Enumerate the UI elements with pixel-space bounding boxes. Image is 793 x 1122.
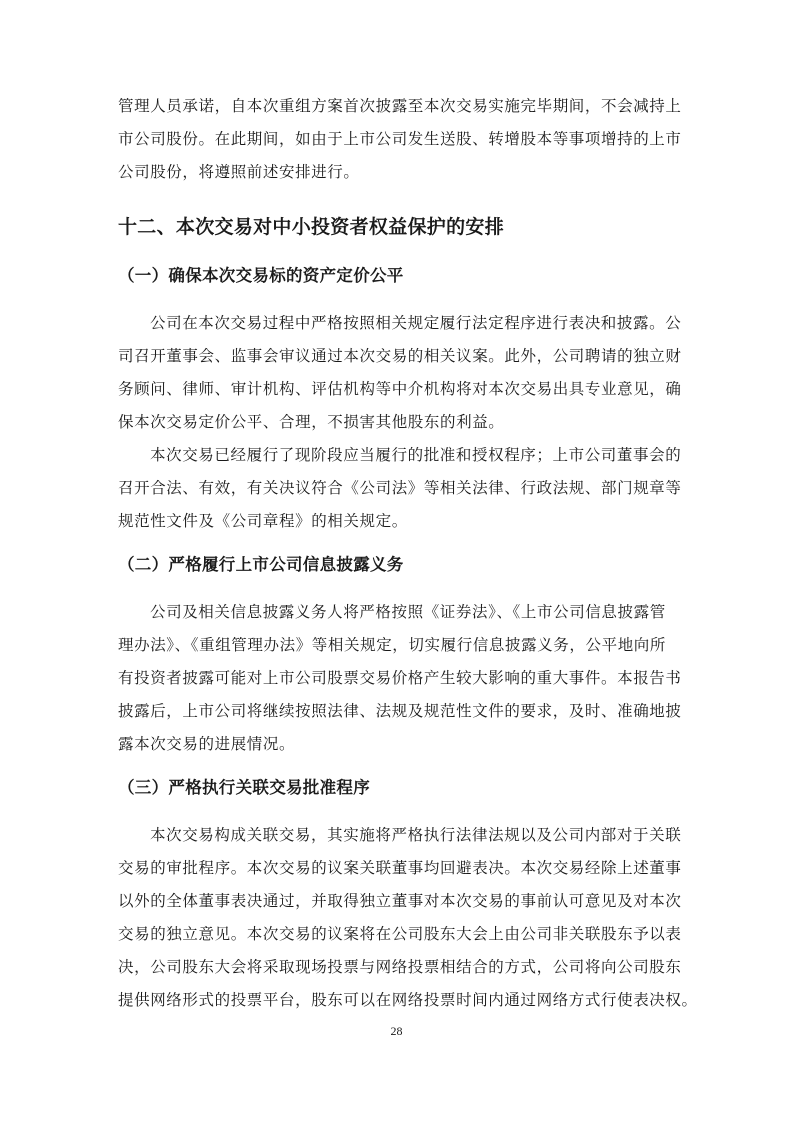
text-line: 公司股份，将遵照前述安排进行。: [118, 162, 678, 182]
text-line: 有投资者披露可能对上市公司股票交易价格产生较大影响的重大事件。本报告书: [118, 668, 678, 688]
text-line: 规范性文件及《公司章程》的相关规定。: [118, 511, 678, 531]
text-line: 以外的全体董事表决通过，并取得独立董事对本次交易的事前认可意见及对本次: [118, 891, 678, 911]
text-line: 召开合法、有效，有关决议符合《公司法》等相关法律、行政法规、部门规章等: [118, 478, 678, 498]
text-line: 保本次交易定价公平、合理，不损害其他股东的利益。: [118, 412, 678, 432]
text-line: 本次交易构成关联交易，其实施将严格执行法律法规以及公司内部对于关联: [150, 825, 710, 845]
text-line: 公司及相关信息披露义务人将严格按照《证券法》、《上市公司信息披露管: [150, 602, 710, 622]
text-line: 管理人员承诺，自本次重组方案首次披露至本次交易实施完毕期间，不会减持上: [118, 96, 678, 116]
text-line: 披露后，上市公司将继续按照法律、法规及规范性文件的要求，及时、准确地披: [118, 701, 678, 721]
text-line: 交易的审批程序。本次交易的议案关联董事均回避表决。本次交易经除上述董事: [118, 858, 678, 878]
text-line: 公司在本次交易过程中严格按照相关规定履行法定程序进行表决和披露。公: [150, 313, 710, 333]
text-line: 提供网络形式的投票平台，股东可以在网络投票时间内通过网络方式行使表决权。: [118, 990, 678, 1010]
section-title: 十二、本次交易对中小投资者权益保护的安排: [118, 215, 504, 239]
text-line: 市公司股份。在此期间，如由于上市公司发生送股、转增股本等事项增持的上市: [118, 129, 678, 149]
page-number: 28: [0, 1024, 793, 1039]
text-line: 交易的独立意见。本次交易的议案将在公司股东大会上由公司非关联股东予以表: [118, 924, 678, 944]
document-page: 管理人员承诺，自本次重组方案首次披露至本次交易实施完毕期间，不会减持上 市公司股…: [0, 0, 793, 1122]
text-line: 司召开董事会、监事会审议通过本次交易的相关议案。此外，公司聘请的独立财: [118, 346, 678, 366]
text-line: 务顾问、律师、审计机构、评估机构等中介机构将对本次交易出具专业意见，确: [118, 379, 678, 399]
subsection-title-3: （三）严格执行关联交易批准程序: [118, 777, 370, 799]
subsection-title-2: （二）严格履行上市公司信息披露义务: [118, 554, 404, 576]
text-line: 理办法》、《重组管理办法》等相关规定，切实履行信息披露义务，公平地向所: [118, 635, 678, 655]
text-line: 露本次交易的进展情况。: [118, 734, 678, 754]
subsection-title-1: （一）确保本次交易标的资产定价公平: [118, 265, 404, 287]
text-line: 本次交易已经履行了现阶段应当履行的批准和授权程序；上市公司董事会的: [150, 445, 710, 465]
text-line: 决，公司股东大会将采取现场投票与网络投票相结合的方式，公司将向公司股东: [118, 957, 678, 977]
